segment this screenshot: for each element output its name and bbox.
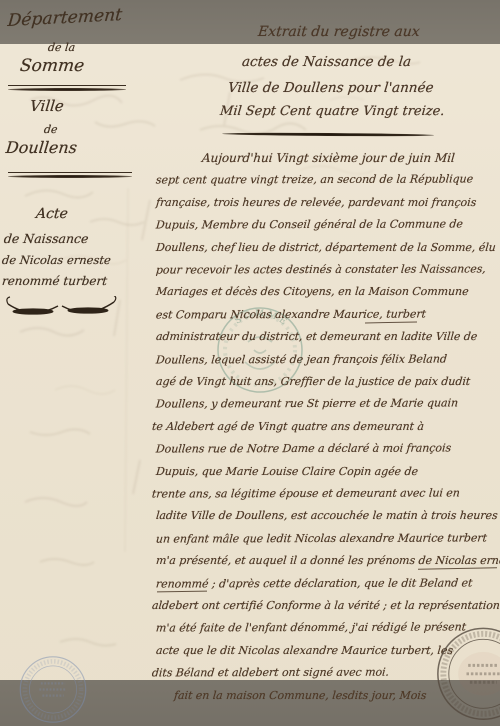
margin-acte: Acte (35, 206, 69, 222)
scanned-document-page: SOMME Département de la Somme Ville de D… (0, 0, 500, 726)
archive-stamp-blue (5, 653, 101, 726)
body-line: française, trois heures de relevée, pard… (155, 196, 476, 209)
margin-department-dela: de la (47, 41, 75, 54)
body-line: fait en la maison Commune, lesdits jour,… (173, 689, 427, 702)
body-line: m'a été faite de l'enfant dénommé, j'ai … (155, 620, 466, 634)
body-line: pour recevoir les actes destinés à const… (155, 262, 486, 276)
body-line: Dupuis, que Marie Louise Claire Copin ag… (155, 465, 418, 478)
margin-acte-renomme: renommé turbert (1, 274, 108, 288)
body-line: un enfant mâle que ledit Nicolas alexand… (155, 531, 487, 545)
body-line: ladite Ville de Doullens, est accouchée … (155, 509, 500, 522)
margin-flourish (4, 296, 119, 320)
margin-acte-naissance: de Naissance (3, 231, 89, 246)
body-line: acte que le dit Nicolas alexandre Mauric… (155, 644, 453, 657)
header-line-4: Mil Sept Cent quatre Vingt treize. (219, 104, 445, 119)
margin-ville-de: de (43, 123, 58, 136)
body-line: aldebert ont certifié Conforme à la véri… (151, 599, 500, 612)
body-line: Mariages et décès des Citoyens, en la Ma… (155, 285, 469, 298)
body-line: administrateur du district, et demeurant… (155, 330, 477, 343)
header-line-2: actes de Naissance de la (241, 54, 412, 70)
body-line: agé de Vingt huit ans, Greffier de la ju… (155, 375, 470, 388)
margin-rule-1 (8, 85, 126, 91)
margin-acte-nicolas: de Nicolas erneste (1, 253, 111, 267)
body-line: Doullens, chef lieu de district, départe… (155, 241, 496, 254)
header-line-1: Extrait du registre aux (257, 24, 420, 40)
body-line: Doullens, lequel assisté de jean françoi… (155, 352, 447, 366)
margin-ville-doullens: Doullens (5, 138, 78, 157)
header-line-3: Ville de Doullens pour l'année (227, 80, 434, 96)
body-line: Aujourd'hui Vingt sixième jour de juin M… (201, 151, 455, 165)
body-line: trente ans, sa légitime épouse et demeur… (151, 486, 460, 500)
margin-department-somme: Somme (19, 56, 85, 76)
margin-ville: Ville (29, 97, 65, 115)
archive-stamp-dark (425, 625, 500, 726)
body-line: renommé ; d'après cette déclaration, que… (155, 576, 473, 590)
body-line: est Comparu Nicolas alexandre Maurice, t… (155, 308, 426, 322)
body-line: Dupuis, Membre du Conseil général de la … (155, 217, 463, 231)
body-line: dits Béland et aldebert ont signé avec m… (151, 666, 389, 680)
body-line: m'a présenté, et auquel il a donné les p… (155, 554, 500, 567)
body-line: te Aldebert agé de Vingt quatre ans deme… (151, 420, 424, 433)
margin-rule-2 (8, 172, 132, 178)
body-line: sept cent quatre vingt treize, an second… (155, 172, 473, 186)
body-line: Doullens rue de Notre Dame a déclaré à m… (155, 441, 451, 455)
body-line: Doullens, y demeurant rue St pierre et d… (155, 396, 458, 410)
